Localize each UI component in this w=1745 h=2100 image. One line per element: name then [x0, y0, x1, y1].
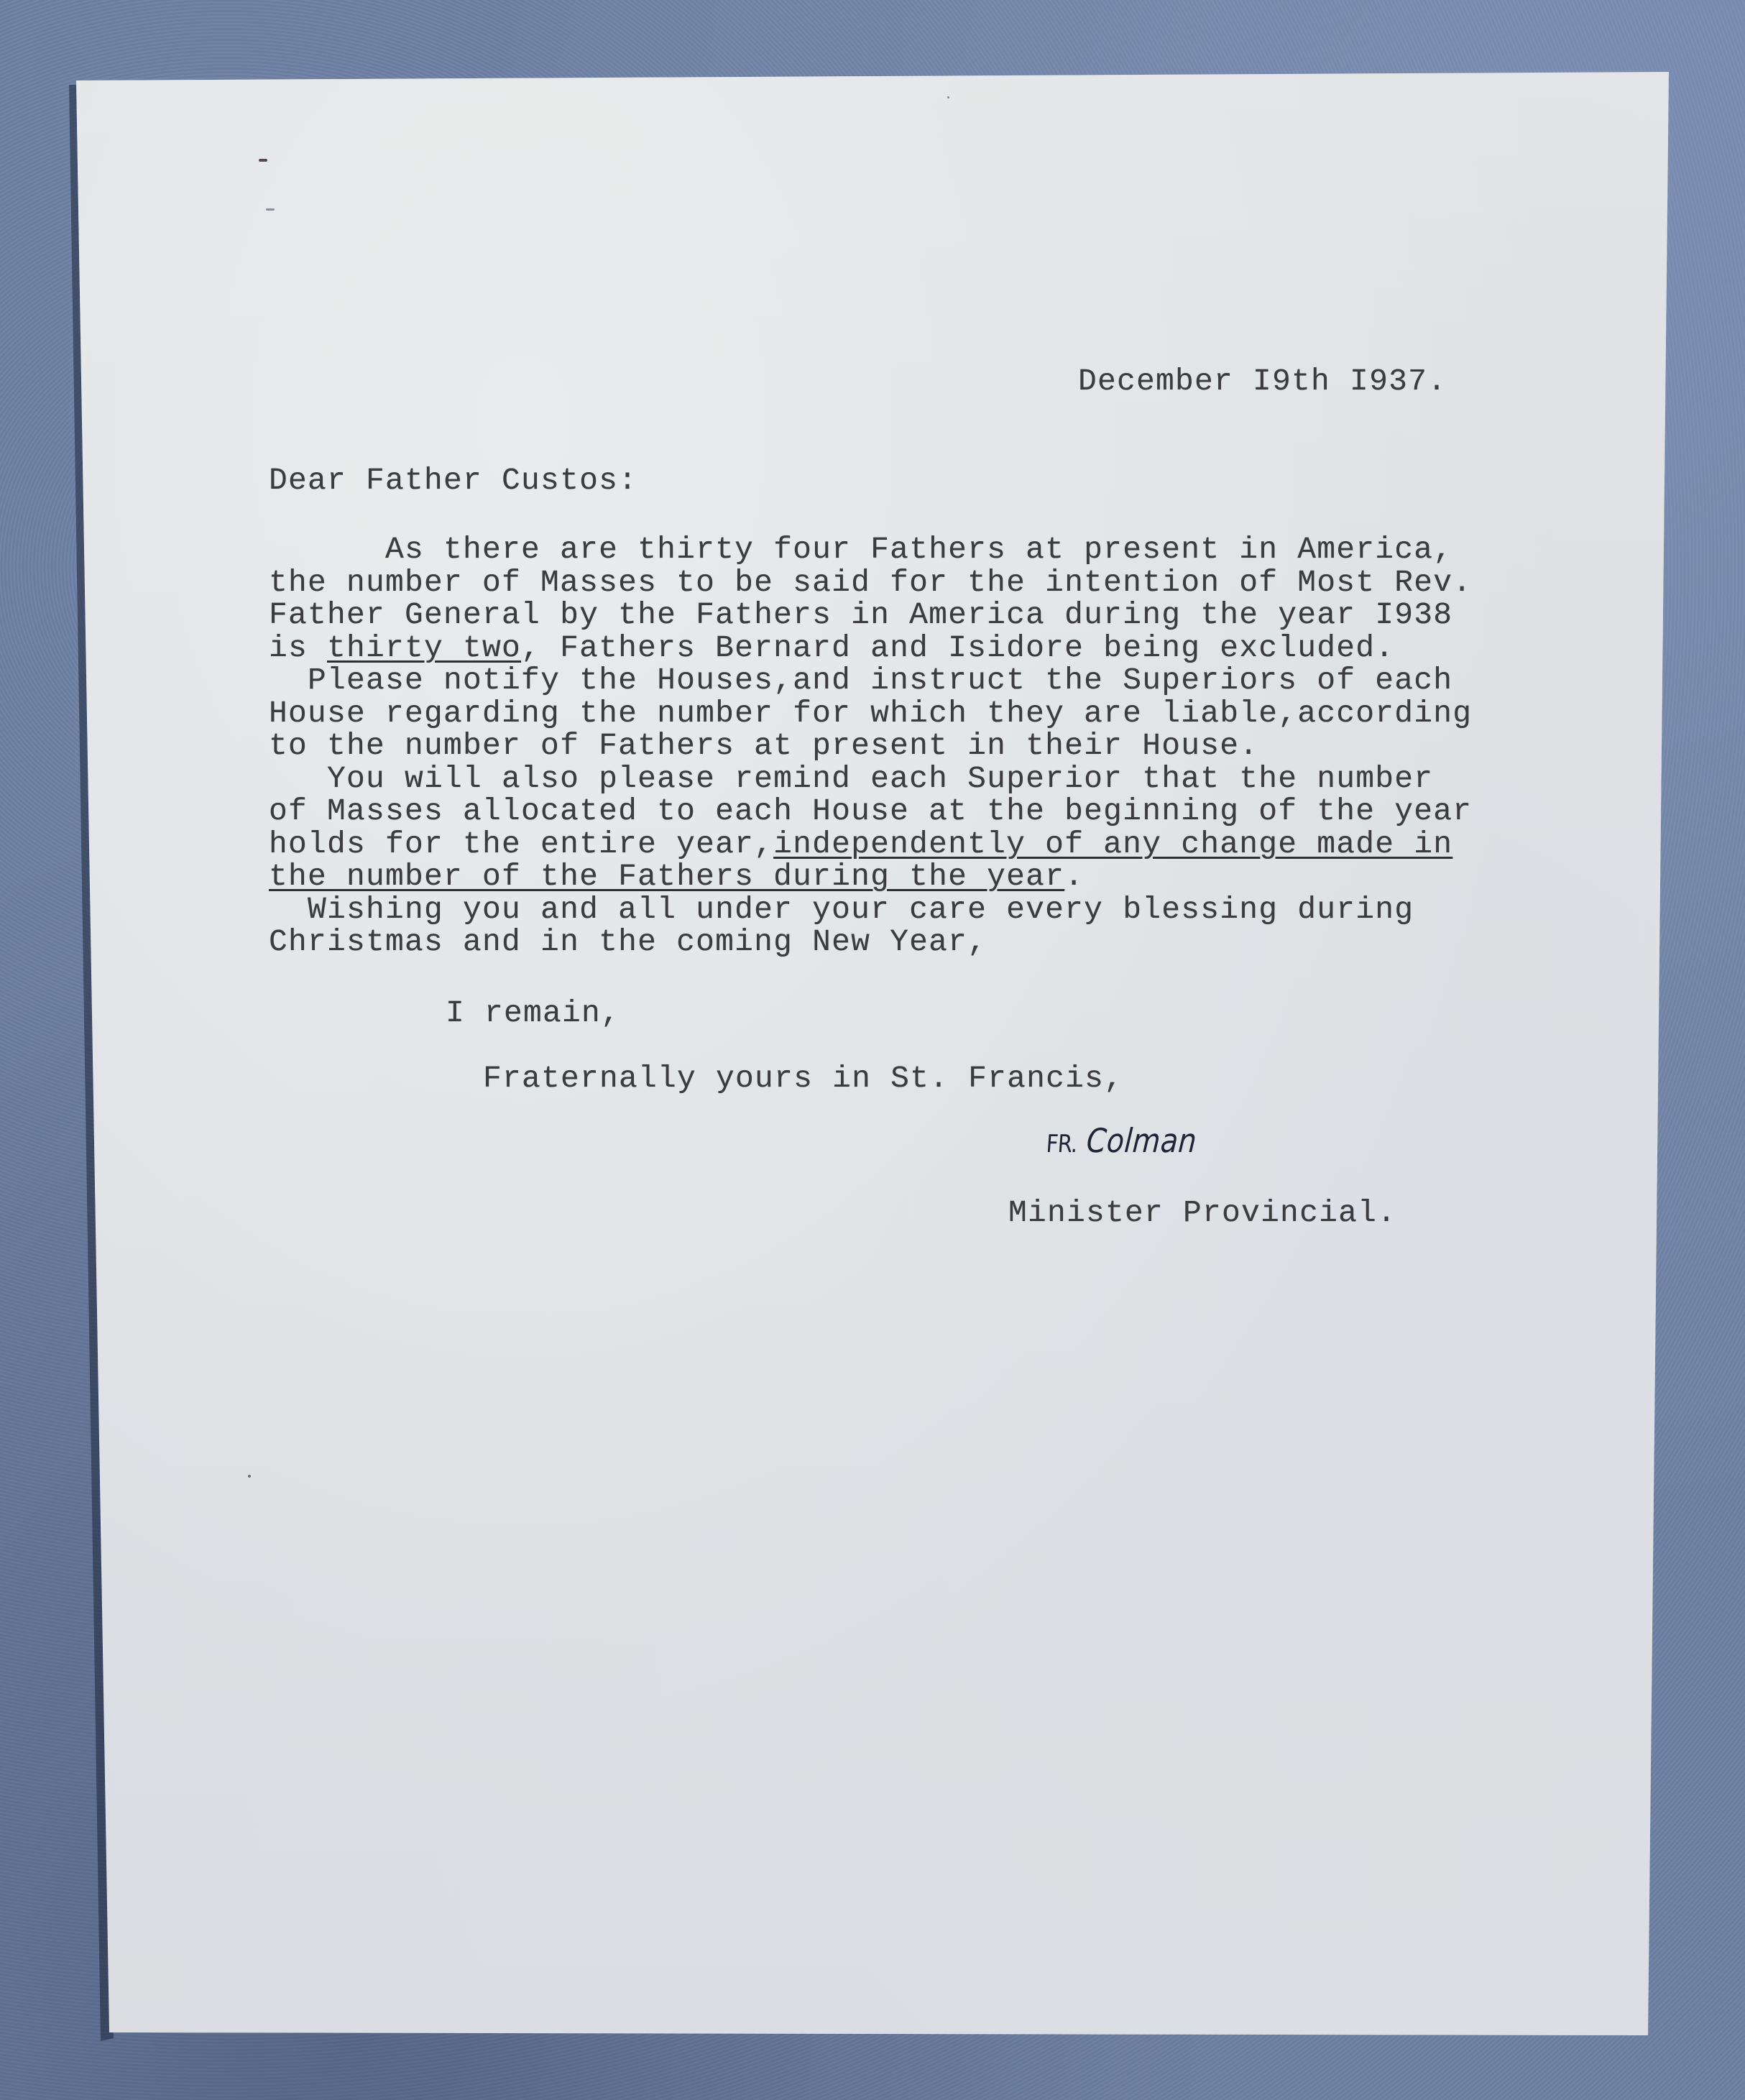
body-text: As there are thirty four Fathers at pres…: [385, 532, 1452, 567]
underlined-text: thirty two: [327, 630, 521, 666]
signature-name: Colman: [1085, 1121, 1198, 1160]
closing-remain: I remain,: [446, 997, 620, 1029]
body-line: the number of Masses to be said for the …: [269, 566, 1472, 599]
underlined-text: independently of any change made in: [773, 826, 1452, 862]
body-line: to the number of Fathers at present in t…: [269, 729, 1472, 763]
body-text: holds for the entire year,: [269, 826, 773, 862]
body-text: to the number of Fathers at present in t…: [269, 728, 1258, 763]
body-text: Please notify the Houses,and instruct th…: [308, 663, 1452, 698]
body-text: .: [1064, 859, 1084, 894]
body-text: House regarding the number for which the…: [269, 696, 1472, 731]
body-line: House regarding the number for which the…: [269, 697, 1472, 730]
signature-prefix: FR.: [1045, 1130, 1078, 1159]
body-text: Father General by the Fathers in America…: [269, 597, 1452, 632]
ink-mark: [259, 159, 267, 162]
body-line: Wishing you and all under your care ever…: [269, 893, 1472, 926]
body-line: Christmas and in the coming New Year,: [269, 926, 1472, 959]
letter-body: As there are thirty four Fathers at pres…: [269, 533, 1472, 959]
ink-mark: [266, 208, 275, 211]
body-text: of Masses allocated to each House at the…: [269, 793, 1472, 829]
body-line: You will also please remind each Superio…: [269, 763, 1472, 796]
letter-salutation: Dear Father Custos:: [269, 464, 637, 497]
body-text: is: [269, 630, 327, 666]
body-line: Please notify the Houses,and instruct th…: [269, 664, 1472, 697]
body-line: Father General by the Fathers in America…: [269, 599, 1472, 632]
body-text: , Fathers Bernard and Isidore being excl…: [521, 630, 1394, 666]
letter-paper: [0, 0, 1745, 2100]
body-line: As there are thirty four Fathers at pres…: [269, 533, 1472, 566]
body-text: Wishing you and all under your care ever…: [308, 892, 1414, 927]
body-line: of Masses allocated to each House at the…: [269, 795, 1472, 828]
body-line: holds for the entire year,independently …: [269, 828, 1472, 861]
body-line: the number of the Fathers during the yea…: [269, 860, 1472, 893]
letter-date: December I9th I937.: [1078, 365, 1447, 397]
signatory-title: Minister Provincial.: [1008, 1197, 1396, 1229]
body-text: Christmas and in the coming New Year,: [269, 924, 987, 959]
underlined-text: the number of the Fathers during the yea…: [269, 859, 1064, 894]
closing-fraternally: Fraternally yours in St. Francis,: [483, 1062, 1123, 1095]
body-text: You will also please remind each Superio…: [327, 761, 1433, 796]
body-text: the number of Masses to be said for the …: [269, 565, 1472, 600]
ink-dot: [248, 1475, 251, 1478]
ink-dot: [947, 96, 949, 98]
body-line: is thirty two, Fathers Bernard and Isido…: [269, 632, 1472, 665]
handwritten-signature: FR. Colman: [1045, 1121, 1198, 1160]
